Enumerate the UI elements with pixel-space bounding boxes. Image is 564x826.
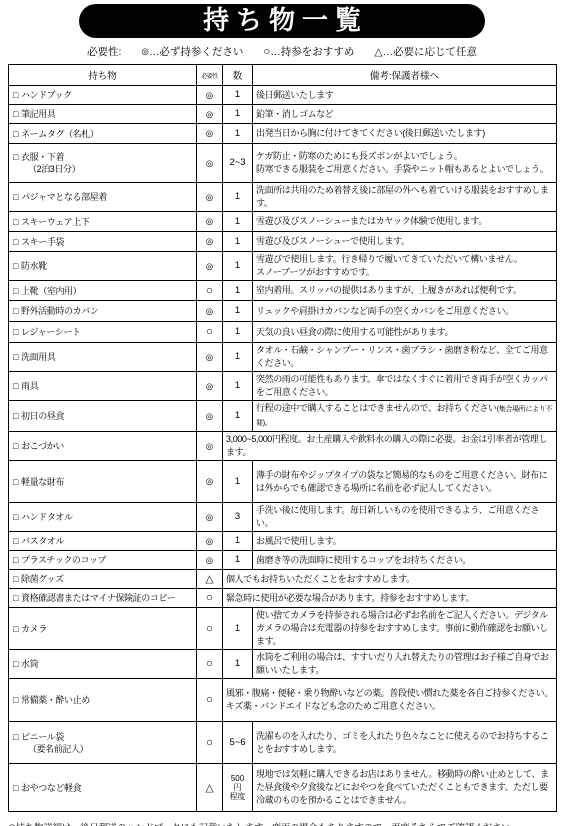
legend-text: …必ず持参ください [149, 44, 244, 59]
item-cell: □ビニール袋（要名前記入） [9, 722, 197, 764]
quantity-cell: 1 [223, 281, 253, 301]
legend-item-required: ◎…必ず持参ください [141, 44, 243, 59]
note-cell: 3,000~5,000円程度。お土産購入や飲料水の購入の際に必要。お金は引率者が… [223, 432, 557, 461]
note-cell: 現地では気軽に購入できるお店はありません。移動時の酔い止めとして、また昼食後や夕… [253, 764, 557, 812]
item-cell: □雨具 [9, 372, 197, 401]
page-title: 持ち物一覧 [196, 8, 368, 34]
necessity-cell: ○ [197, 722, 223, 764]
note-text: 突然の雨の可能性もあります。傘ではなくすぐに着用でき両手が空くカッパをご用意くだ… [256, 374, 548, 397]
necessity-cell: ◎ [197, 461, 223, 503]
checkbox-icon: □ [13, 286, 18, 296]
table-row: □ハンドブック ◎ 1 後日郵送いたします [9, 86, 557, 105]
checkbox-icon: □ [13, 441, 18, 451]
item-label: レジャーシート [21, 327, 81, 337]
item-label: ネームタグ（名札） [21, 129, 98, 139]
item-label: おこづかい [21, 441, 64, 451]
quantity-cell: 1 [223, 551, 253, 570]
checkbox-icon: □ [13, 217, 18, 227]
item-cell: □スキーウェア上下 [9, 212, 197, 232]
note-cell: 雪遊び及びスノーシューで使用します。 [253, 232, 557, 252]
double-circle-icon: ◎ [141, 46, 148, 57]
table-row: □プラスチックのコップ ◎ 1 歯磨き等の洗面時に使用するコップをお持ちください… [9, 551, 557, 570]
checkbox-icon: □ [13, 327, 18, 337]
necessity-cell: ◎ [197, 401, 223, 432]
quantity-cell: 1 [223, 461, 253, 503]
necessity-cell: ◎ [197, 144, 223, 183]
table-row: □野外活動時のカバン ◎ 1 リュックや肩掛けカバンなど両手の空くカバンをご用意… [9, 301, 557, 322]
table-row: □雨具 ◎ 1 突然の雨の可能性もあります。傘ではなくすぐに着用でき両手が空くカ… [9, 372, 557, 401]
legend-text: …必要に応じて任意 [382, 44, 477, 59]
necessity-cell: ○ [197, 679, 223, 722]
note-cell: 行程の途中で購入することはできませんので、お持ちください(集合場所により不要)。 [253, 401, 557, 432]
note-cell: リュックや肩掛けカバンなど両手の空くカバンをご用意ください。 [253, 301, 557, 322]
table-row: □軽量な財布 ◎ 1 薄手の財布やジップタイプの袋など簡易的なものをご用意くださ… [9, 461, 557, 503]
necessity-cell: ○ [197, 608, 223, 650]
item-label: 筆記用具 [21, 109, 55, 119]
necessity-cell: ◎ [197, 232, 223, 252]
quantity-cell: 1 [223, 343, 253, 372]
necessity-cell: ○ [197, 650, 223, 679]
item-cell: □除菌グッズ [9, 570, 197, 589]
table-row: □水筒 ○ 1 水筒をご利用の場合は、すすいだり入れ替えたりの管理はお子様ご自身… [9, 650, 557, 679]
legend-item-recommended: ○…持参をおすすめ [263, 44, 354, 59]
quantity-cell: 1 [223, 322, 253, 343]
item-label: 上靴（室内用） [21, 286, 81, 296]
note-text: 薄手の財布やジップタイプの袋など簡易的なものをご用意ください。財布には外からでも… [256, 470, 547, 493]
item-cell: □常備薬・酔い止め [9, 679, 197, 722]
note-text: 後日郵送いたします [256, 90, 333, 100]
item-label: プラスチックのコップ [21, 555, 106, 565]
quantity-cell: 1 [223, 232, 253, 252]
note-text: お風呂で使用します。 [256, 536, 341, 546]
note-text: 行程の途中で購入することはできませんので、お持ちください [256, 403, 497, 413]
item-label: 除菌グッズ [21, 574, 64, 584]
quantity-cell: 1 [223, 183, 253, 212]
item-label: スキーウェア上下 [21, 217, 89, 227]
legend-item-optional: △…必要に応じて任意 [374, 44, 477, 59]
note-cell: ケガ防止・防寒のためにも長ズボンがよいでしょう。 防寒できる服装をご用意ください… [253, 144, 557, 183]
checkbox-icon: □ [13, 624, 18, 634]
note-cell: 鉛筆・消しゴムなど [253, 105, 557, 124]
necessity-cell: ◎ [197, 532, 223, 551]
item-cell: □資格確認書またはマイナ保険証のコピー [9, 589, 197, 608]
item-sublabel: （2泊3日分） [13, 163, 194, 175]
item-cell: □レジャーシート [9, 322, 197, 343]
item-label: 雨具 [21, 381, 38, 391]
item-label: 防水靴 [21, 261, 47, 271]
checkbox-icon: □ [13, 237, 18, 247]
quantity-cell: 1 [223, 301, 253, 322]
note-cell: 緊急時に使用が必要な場合があります。持参をおすすめします。 [223, 589, 557, 608]
note-text: 水筒をご利用の場合は、すすいだり入れ替えたりの管理はお子様ご自身でお願いいたしま… [256, 652, 549, 675]
table-row: □衣服・下着（2泊3日分） ◎ 2~3 ケガ防止・防寒のためにも長ズボンがよいで… [9, 144, 557, 183]
note-text: 緊急時に使用が必要な場合があります。持参をおすすめします。 [226, 593, 474, 603]
item-cell: □防水靴 [9, 252, 197, 281]
note-text: 風邪・腹痛・便秘・乗り物酔いなどの薬。普段使い慣れた薬を各自ご持参ください。キズ… [226, 688, 553, 711]
note-text: 洗面所は共用のため着替え後に部屋の外へも着ていける服装をおすすめします。 [256, 185, 549, 208]
item-cell: □筆記用具 [9, 105, 197, 124]
item-label: カメラ [21, 624, 47, 634]
note-cell: 風邪・腹痛・便秘・乗り物酔いなどの薬。普段使い慣れた薬を各自ご持参ください。キズ… [223, 679, 557, 722]
table-row: □カメラ ○ 1 使い捨てカメラを持参される場合は必ずお名前をご記入ください。デ… [9, 608, 557, 650]
col-header-quantity: 数 [223, 65, 253, 86]
quantity-cell: 2~3 [223, 144, 253, 183]
checkbox-icon: □ [13, 732, 18, 742]
quantity-cell: 1 [223, 124, 253, 144]
note-cell: 薄手の財布やジップタイプの袋など簡易的なものをご用意ください。財布には外からでも… [253, 461, 557, 503]
necessity-cell: ◎ [197, 124, 223, 144]
quantity-cell: 1 [223, 212, 253, 232]
table-row: □パジャマとなる部屋着 ◎ 1 洗面所は共用のため着替え後に部屋の外へも着ていけ… [9, 183, 557, 212]
item-sublabel: （要名前記入） [13, 743, 194, 755]
table-row: □初日の昼食 ◎ 1 行程の途中で購入することはできませんので、お持ちください(… [9, 401, 557, 432]
checkbox-icon: □ [13, 152, 18, 162]
necessity-cell: ◎ [197, 432, 223, 461]
table-row: □筆記用具 ◎ 1 鉛筆・消しゴムなど [9, 105, 557, 124]
necessity-legend: 必要性: ◎…必ず持参ください ○…持参をおすすめ △…必要に応じて任意 [0, 44, 564, 59]
quantity-cell: 1 [223, 86, 253, 105]
col-header-note: 備考:保護者様へ [253, 65, 557, 86]
table-row: □おこづかい ◎ 3,000~5,000円程度。お土産購入や飲料水の購入の際に必… [9, 432, 557, 461]
item-cell: □初日の昼食 [9, 401, 197, 432]
item-label: スキー手袋 [21, 237, 64, 247]
checkbox-icon: □ [13, 477, 18, 487]
necessity-cell: ◎ [197, 372, 223, 401]
checkbox-icon: □ [13, 695, 18, 705]
item-cell: □スキー手袋 [9, 232, 197, 252]
item-cell: □プラスチックのコップ [9, 551, 197, 570]
note-cell: 雪遊び及びスノーシューまたはカヤック体験で使用します。 [253, 212, 557, 232]
note-text: 3,000~5,000円程度。お土産購入や飲料水の購入の際に必要。お金は引率者が… [226, 434, 547, 457]
quantity-cell: 500 円 程度 [223, 764, 253, 812]
item-label: 水筒 [21, 659, 38, 669]
note-text: タオル・石鹸・シャンプー・リンス・歯ブラシ・歯磨き粉など、全てご用意ください。 [256, 345, 548, 368]
note-text: 手洗い後に使用します。毎日新しいものを使用できるよう、ご用意ください。 [256, 505, 539, 528]
table-row: □スキーウェア上下 ◎ 1 雪遊び及びスノーシューまたはカヤック体験で使用します… [9, 212, 557, 232]
note-cell: 天気の良い昼食の際に使用する可能性があります。 [253, 322, 557, 343]
items-table: 持ち物 必要性 数 備考:保護者様へ □ハンドブック ◎ 1 後日郵送いたします… [8, 64, 557, 812]
note-text: 歯磨き等の洗面時に使用するコップをお持ちください。 [256, 555, 471, 565]
item-label: 衣服・下着 [21, 152, 64, 162]
item-label: パジャマとなる部屋着 [21, 192, 107, 202]
necessity-cell: △ [197, 764, 223, 812]
quantity-cell: 1 [223, 105, 253, 124]
table-row: □ネームタグ（名札） ◎ 1 出発当日から胸に付けてきてください(後日郵送いたし… [9, 124, 557, 144]
table-row: □ハンドタオル ◎ 3 手洗い後に使用します。毎日新しいものを使用できるよう、ご… [9, 503, 557, 532]
table-row: □ビニール袋（要名前記入） ○ 5~6 洗濯ものを入れたり、ゴミを入れたり色々な… [9, 722, 557, 764]
necessity-cell: ○ [197, 589, 223, 608]
necessity-cell: ◎ [197, 212, 223, 232]
item-label: ビニール袋 [21, 732, 64, 742]
table-row: □上靴（室内用） ○ 1 室内着用。スリッパの提供はありますが、上履きがあれば便… [9, 281, 557, 301]
necessity-cell: ◎ [197, 301, 223, 322]
title-banner: 持ち物一覧 [79, 4, 485, 38]
item-label: おやつなど軽食 [21, 783, 81, 793]
note-cell: 洗面所は共用のため着替え後に部屋の外へも着ていける服装をおすすめします。 [253, 183, 557, 212]
table-row: □常備薬・酔い止め ○ 風邪・腹痛・便秘・乗り物酔いなどの薬。普段使い慣れた薬を… [9, 679, 557, 722]
item-label: 資格確認書またはマイナ保険証のコピー [21, 593, 175, 603]
item-label: 野外活動時のカバン [21, 306, 98, 316]
note-cell: 雪遊びで使用します。行き帰りで履いてきていただいて構いません。 スノーブーツがお… [253, 252, 557, 281]
checkbox-icon: □ [13, 659, 18, 669]
note-text: 洗濯ものを入れたり、ゴミを入れたり色々なことに使えるのでお持ちすることをおすすめ… [256, 731, 548, 754]
note-cell: 歯磨き等の洗面時に使用するコップをお持ちください。 [253, 551, 557, 570]
checkbox-icon: □ [13, 381, 18, 391]
note-cell: 後日郵送いたします [253, 86, 557, 105]
item-cell: □バスタオル [9, 532, 197, 551]
necessity-cell: ◎ [197, 551, 223, 570]
item-cell: □上靴（室内用） [9, 281, 197, 301]
col-header-item: 持ち物 [9, 65, 197, 86]
triangle-icon: △ [374, 46, 382, 58]
checkbox-icon: □ [13, 90, 18, 100]
checkbox-icon: □ [13, 109, 18, 119]
note-text: 鉛筆・消しゴムなど [256, 109, 333, 119]
legend-text: …持参をおすすめ [270, 44, 354, 59]
note-text: 出発当日から胸に付けてきてください(後日郵送いたします) [256, 128, 485, 138]
item-cell: □おこづかい [9, 432, 197, 461]
table-row: □除菌グッズ △ 個人でもお持ちいただくことをおすすめします。 [9, 570, 557, 589]
item-label: ハンドタオル [21, 512, 73, 522]
note-cell: 室内着用。スリッパの提供はありますが、上履きがあれば便利です。 [253, 281, 557, 301]
necessity-cell: ◎ [197, 86, 223, 105]
table-row: □おやつなど軽食 △ 500 円 程度 現地では気軽に購入できるお店はありません… [9, 764, 557, 812]
quantity-cell: 1 [223, 372, 253, 401]
note-cell: 手洗い後に使用します。毎日新しいものを使用できるよう、ご用意ください。 [253, 503, 557, 532]
note-cell: 出発当日から胸に付けてきてください(後日郵送いたします) [253, 124, 557, 144]
item-cell: □パジャマとなる部屋着 [9, 183, 197, 212]
checkbox-icon: □ [13, 192, 18, 202]
item-cell: □水筒 [9, 650, 197, 679]
item-cell: □カメラ [9, 608, 197, 650]
checkbox-icon: □ [13, 593, 18, 603]
col-header-necessity: 必要性 [197, 65, 223, 86]
note-text: 雪遊び及びスノーシューで使用します。 [256, 236, 409, 246]
note-text: 天気の良い昼食の際に使用する可能性があります。 [256, 327, 453, 337]
necessity-cell: △ [197, 570, 223, 589]
checkbox-icon: □ [13, 261, 18, 271]
item-cell: □軽量な財布 [9, 461, 197, 503]
table-row: □資格確認書またはマイナ保険証のコピー ○ 緊急時に使用が必要な場合があります。… [9, 589, 557, 608]
checkbox-icon: □ [13, 783, 18, 793]
note-cell: 洗濯ものを入れたり、ゴミを入れたり色々なことに使えるのでお持ちすることをおすすめ… [253, 722, 557, 764]
item-label: ハンドブック [21, 90, 72, 100]
table-row: □洗面用具 ◎ 1 タオル・石鹸・シャンプー・リンス・歯ブラシ・歯磨き粉など、全… [9, 343, 557, 372]
table-row: □スキー手袋 ◎ 1 雪遊び及びスノーシューで使用します。 [9, 232, 557, 252]
item-cell: □野外活動時のカバン [9, 301, 197, 322]
circle-icon: ○ [263, 46, 270, 58]
note-text: 個人でもお持ちいただくことをおすすめします。 [226, 574, 415, 584]
note-text: 使い捨てカメラを持参される場合は必ずお名前をご記入ください。デジタルカメラの場合… [256, 610, 548, 646]
note-text: リュックや肩掛けカバンなど両手の空くカバンをご用意ください。 [256, 306, 514, 316]
checkbox-icon: □ [13, 574, 18, 584]
item-label: 軽量な財布 [21, 477, 64, 487]
note-cell: 使い捨てカメラを持参される場合は必ずお名前をご記入ください。デジタルカメラの場合… [253, 608, 557, 650]
quantity-cell: 1 [223, 650, 253, 679]
quantity-cell: 1 [223, 608, 253, 650]
necessity-cell: ◎ [197, 343, 223, 372]
note-text: ケガ防止・防寒のためにも長ズボンがよいでしょう。 防寒できる服装をご用意ください… [256, 151, 548, 174]
legend-label: 必要性: [87, 44, 121, 59]
necessity-cell: ○ [197, 322, 223, 343]
quantity-cell: 1 [223, 532, 253, 551]
footer-note: ※持ち物詳細は、後日郵送のハンドブックにも記載いたします。変更の場合もありますの… [8, 820, 556, 826]
quantity-cell: 5~6 [223, 722, 253, 764]
table-header-row: 持ち物 必要性 数 備考:保護者様へ [9, 65, 557, 86]
table-row: □バスタオル ◎ 1 お風呂で使用します。 [9, 532, 557, 551]
quantity-cell: 1 [223, 252, 253, 281]
quantity-cell: 1 [223, 401, 253, 432]
checkbox-icon: □ [13, 512, 18, 522]
table-row: □レジャーシート ○ 1 天気の良い昼食の際に使用する可能性があります。 [9, 322, 557, 343]
checkbox-icon: □ [13, 129, 18, 139]
necessity-cell: ◎ [197, 252, 223, 281]
note-text: 室内着用。スリッパの提供はありますが、上履きがあれば便利です。 [256, 285, 522, 295]
note-text: 雪遊び及びスノーシューまたはカヤック体験で使用します。 [256, 216, 487, 226]
note-cell: 突然の雨の可能性もあります。傘ではなくすぐに着用でき両手が空くカッパをご用意くだ… [253, 372, 557, 401]
item-label: 初日の昼食 [21, 411, 64, 421]
note-cell: お風呂で使用します。 [253, 532, 557, 551]
note-text: 現地では気軽に購入できるお店はありません。移動時の酔い止めとして、また昼食後や夕… [256, 769, 549, 805]
item-cell: □洗面用具 [9, 343, 197, 372]
item-cell: □衣服・下着（2泊3日分） [9, 144, 197, 183]
note-text: 雪遊びで使用します。行き帰りで履いてきていただいて構いません。 スノーブーツがお… [256, 254, 522, 277]
table-row: □防水靴 ◎ 1 雪遊びで使用します。行き帰りで履いてきていただいて構いません。… [9, 252, 557, 281]
checkbox-icon: □ [13, 352, 18, 362]
note-cell: タオル・石鹸・シャンプー・リンス・歯ブラシ・歯磨き粉など、全てご用意ください。 [253, 343, 557, 372]
item-label: バスタオル [21, 536, 64, 546]
checkbox-icon: □ [13, 555, 18, 565]
note-cell: 水筒をご利用の場合は、すすいだり入れ替えたりの管理はお子様ご自身でお願いいたしま… [253, 650, 557, 679]
item-cell: □ネームタグ（名札） [9, 124, 197, 144]
item-cell: □ハンドブック [9, 86, 197, 105]
item-label: 洗面用具 [21, 352, 55, 362]
note-cell: 個人でもお持ちいただくことをおすすめします。 [223, 570, 557, 589]
quantity-cell: 3 [223, 503, 253, 532]
necessity-cell: ◎ [197, 183, 223, 212]
necessity-cell: ◎ [197, 503, 223, 532]
checkbox-icon: □ [13, 536, 18, 546]
item-label: 常備薬・酔い止め [21, 695, 90, 705]
checkbox-icon: □ [13, 306, 18, 316]
item-cell: □ハンドタオル [9, 503, 197, 532]
necessity-cell: ◎ [197, 105, 223, 124]
checkbox-icon: □ [13, 411, 18, 421]
item-cell: □おやつなど軽食 [9, 764, 197, 812]
necessity-cell: ○ [197, 281, 223, 301]
